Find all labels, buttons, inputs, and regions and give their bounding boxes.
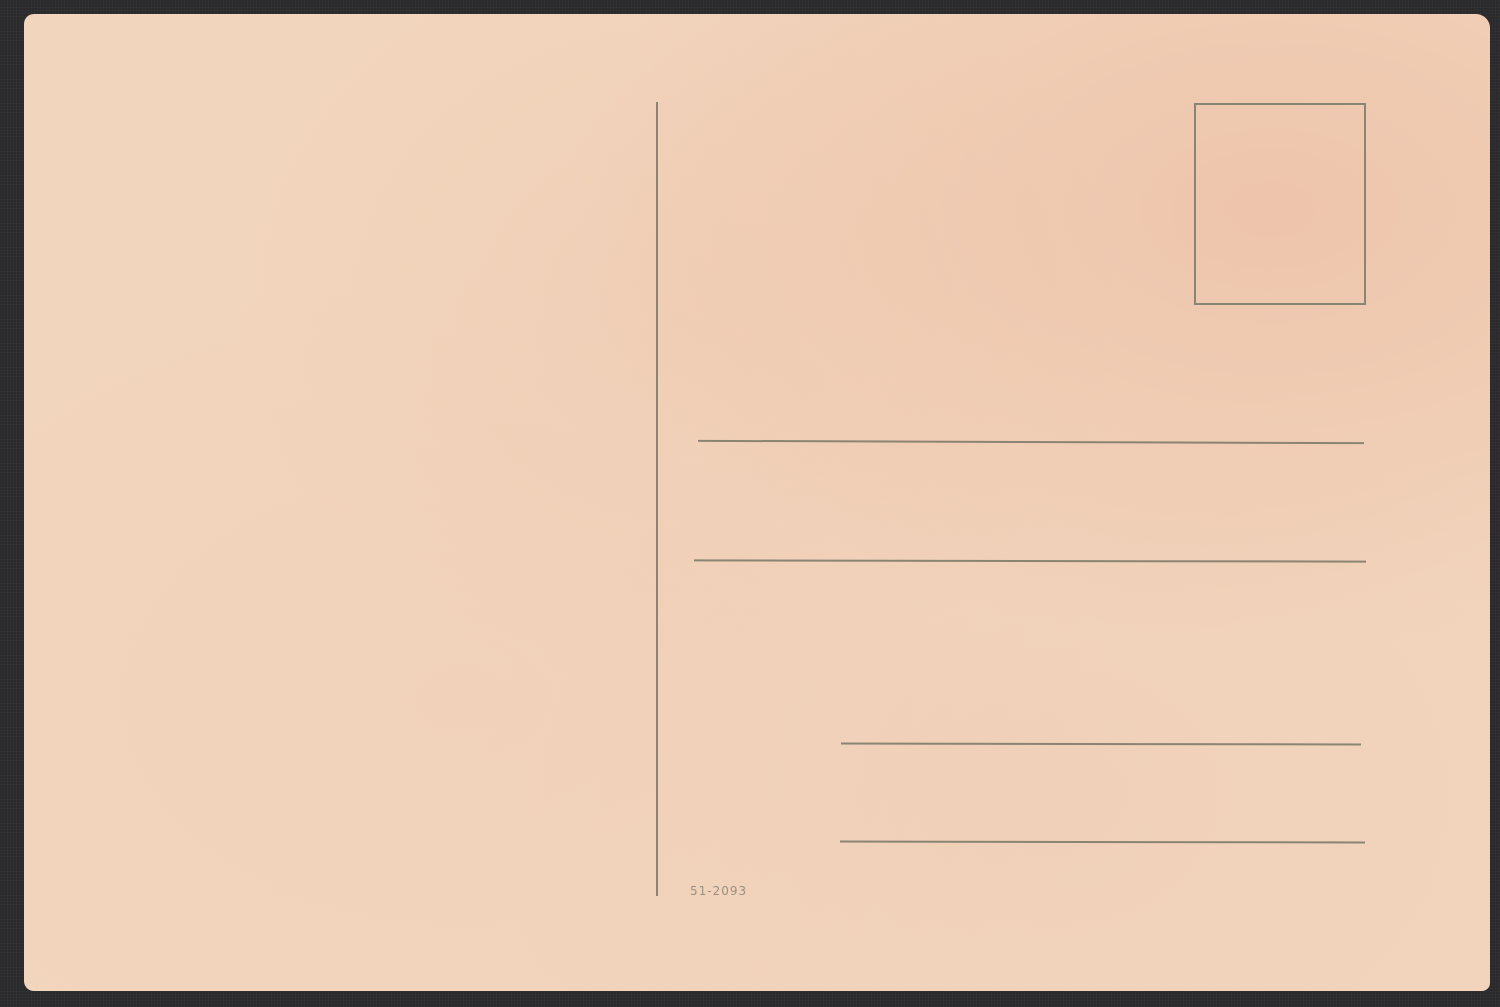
address-line-4 (840, 841, 1365, 844)
print-code: 51-2093 (690, 884, 747, 898)
postcard-back: 51-2093 (24, 14, 1490, 991)
address-line-2 (694, 559, 1366, 562)
address-line-3 (841, 743, 1361, 746)
address-line-1 (698, 440, 1364, 444)
message-address-divider (656, 102, 658, 896)
stamp-box (1194, 103, 1366, 305)
